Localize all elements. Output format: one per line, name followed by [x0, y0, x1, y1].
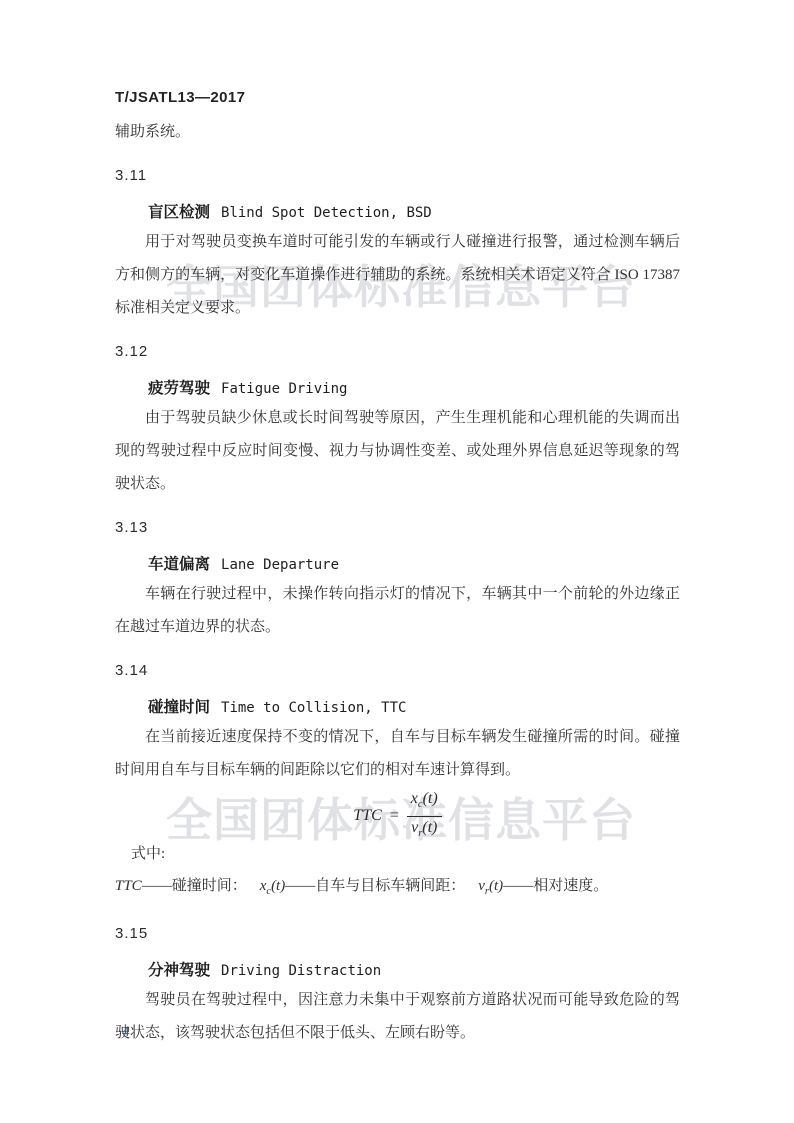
equals-sign: =: [390, 807, 399, 825]
term-heading: 盲区检测 Blind Spot Detection, BSD: [148, 202, 680, 224]
section-body-text: 由于驾驶员缺少休息或长时间驾驶等原因，产生生理机能和心理机能的失调而出现的驾驶过…: [115, 402, 680, 501]
section-body-text: 用于对驾驶员变换车道时可能引发的车辆或行人碰撞进行报警，通过检测车辆后方和侧方的…: [115, 226, 680, 325]
legend-description: ——相对速度。: [503, 878, 608, 894]
page-content: T/JSATL13—2017 辅助系统。 3.11 盲区检测 Blind Spo…: [115, 88, 680, 1050]
legend-item-vr: vr(t)——相对速度。: [478, 878, 608, 894]
section-body-text: 车辆在行驶过程中，未操作转向指示灯的情况下，车辆其中一个前轮的外边缘正在越过车道…: [115, 578, 680, 644]
section-3-15: 3.15 分神驾驶 Driving Distraction 驾驶员在驾驶过程中，…: [115, 925, 680, 1050]
term-chinese: 分神驾驶: [148, 962, 210, 979]
term-english: Driving Distraction: [221, 963, 381, 979]
fraction: xc(t) vr(t): [407, 789, 442, 842]
term-chinese: 疲劳驾驶: [148, 380, 210, 397]
term-heading: 疲劳驾驶 Fatigue Driving: [148, 378, 680, 400]
standard-code-header: T/JSATL13—2017: [115, 88, 680, 108]
section-number: 3.13: [115, 519, 680, 537]
legend-symbol-argument: (t): [271, 878, 285, 894]
term-english: Lane Departure: [221, 557, 339, 573]
term-english: Blind Spot Detection, BSD: [221, 205, 432, 221]
document-page: 全国团体标准信息平台 全国团体标准信息平台 T/JSATL13—2017 辅助系…: [0, 0, 794, 1123]
section-3-14: 3.14 碰撞时间 Time to Collision, TTC 在当前接近速度…: [115, 662, 680, 907]
term-english: Time to Collision, TTC: [221, 700, 406, 716]
formula-legend: TTC——碰撞时间：xc(t)——自车与目标车辆间距：vr(t)——相对速度。: [115, 871, 680, 907]
section-3-13: 3.13 车道偏离 Lane Departure 车辆在行驶过程中，未操作转向指…: [115, 519, 680, 644]
section-body-text: 在当前接近速度保持不变的情况下，自车与目标车辆发生碰撞所需的时间。碰撞时间用自车…: [115, 721, 680, 787]
fraction-denominator: vr(t): [411, 817, 437, 843]
term-heading: 车道偏离 Lane Departure: [148, 554, 680, 576]
section-number: 3.14: [115, 662, 680, 680]
legend-description: ——碰撞时间：: [142, 878, 247, 894]
legend-item-xc: xc(t)——自车与目标车辆间距：: [260, 878, 479, 894]
intro-continuation-text: 辅助系统。: [115, 116, 680, 149]
legend-item-ttc: TTC——碰撞时间：: [115, 878, 260, 894]
ttc-formula: TTC = xc(t) vr(t): [115, 793, 680, 839]
numerator-base: x: [411, 790, 418, 807]
term-english: Fatigue Driving: [221, 381, 347, 397]
term-heading: 分神驾驶 Driving Distraction: [148, 960, 680, 982]
section-number: 3.11: [115, 167, 680, 185]
term-chinese: 碰撞时间: [148, 699, 210, 716]
section-number: 3.15: [115, 925, 680, 943]
numerator-argument: (t): [423, 790, 438, 807]
fraction-numerator: xc(t): [407, 789, 442, 816]
legend-symbol: v: [478, 878, 485, 894]
formula-lhs: TTC: [353, 807, 381, 825]
section-body-text: 驾驶员在驾驶过程中，因注意力未集中于观察前方道路状况而可能导致危险的驾驶状态，该…: [115, 984, 680, 1050]
where-label: 式中:: [131, 841, 680, 867]
denominator-argument: (t): [422, 819, 437, 836]
term-chinese: 盲区检测: [148, 204, 210, 221]
legend-symbol: TTC: [115, 878, 142, 894]
page-number: 4: [122, 1024, 130, 1041]
legend-symbol-argument: (t): [489, 878, 503, 894]
section-3-11: 3.11 盲区检测 Blind Spot Detection, BSD 用于对驾…: [115, 167, 680, 325]
term-chinese: 车道偏离: [148, 556, 210, 573]
section-number: 3.12: [115, 343, 680, 361]
legend-description: ——自车与目标车辆间距：: [285, 878, 465, 894]
section-3-12: 3.12 疲劳驾驶 Fatigue Driving 由于驾驶员缺少休息或长时间驾…: [115, 343, 680, 501]
term-heading: 碰撞时间 Time to Collision, TTC: [148, 697, 680, 719]
